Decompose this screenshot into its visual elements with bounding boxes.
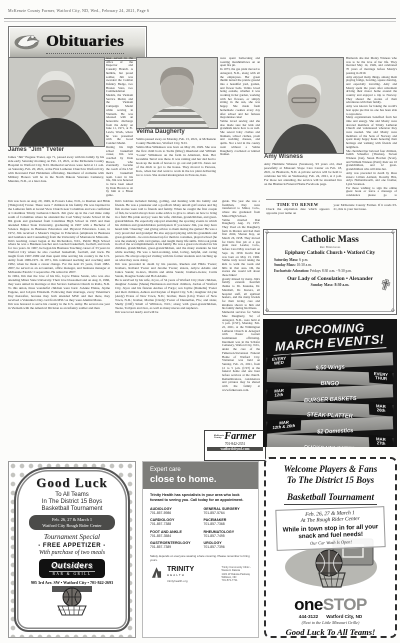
mass-line-label: Saturday Mass: <box>274 258 298 262</box>
mass-line: Eucharistic Adoration: Fridays 8:30 a.m.… <box>274 269 390 273</box>
outsiders-brand-sub: BAR & GRILL <box>49 571 95 577</box>
renewal-text-col2: your McKenzie County Farmer. If it reads… <box>334 203 398 211</box>
onestop-headline-2: To The District 15 Boys <box>270 475 391 486</box>
mass-line-label: Sunday Mass: <box>311 283 334 287</box>
event-row: DUCKS UNLIMITED Gun Raffle MAR 27th <box>267 434 393 447</box>
outsiders-offer: - FREE APPETIZER - <box>21 543 123 549</box>
outsiders-line4: Basketball Tournament <box>21 506 123 512</box>
basketball-hoop-icon <box>21 586 123 621</box>
specialty-phone: 701-857-7389 <box>150 545 198 549</box>
renewal-text-col1: Check the expiration date which appears … <box>266 207 330 215</box>
march-events-ad: UPCOMING MARCH EVENTS! EVERY WED $.50 Wi… <box>263 319 397 447</box>
specialty-phone: 701-857-7388 <box>150 522 198 526</box>
obituaries-banner: Obituaries <box>8 26 147 61</box>
trinity-header-1: Expert care <box>150 467 251 473</box>
banner-title: Obituaries <box>46 33 124 50</box>
obit-james-col1: Jim was born on Aug. 29, 1949, in Powers… <box>8 200 110 456</box>
corner-ornament-icon: ✣ <box>391 230 395 236</box>
corner-ornament-icon: ✣ <box>265 308 269 314</box>
onestop-phone: 444-3122 <box>299 614 318 619</box>
mass-line-value: Fridays 8:30 a.m. - 9:30 p.m. <box>310 269 352 273</box>
specialty-phone: 701-857-5986 <box>150 511 198 515</box>
farmer-brand: Farmer <box>224 432 256 442</box>
specialty-phone: 701-857-3584 <box>150 534 198 538</box>
obit-amy-strip: Bismarck she met Monty Wisness who was t… <box>346 57 397 197</box>
header-rule <box>4 18 396 22</box>
obit-name-velma: Velma Daugherty <box>136 129 216 135</box>
catholic-mass-ad: ✣ ✣ ✣ ✣ ✟ Catholic Mass Rev. Brian Gross… <box>263 229 397 315</box>
mass-line: Sunday Mass: 10:30 a.m. <box>274 263 390 267</box>
event-tag: MAR 12th <box>267 386 292 401</box>
trinity-logo-icon <box>150 566 163 584</box>
outsiders-brand: Outsiders <box>39 561 105 570</box>
banner-flourish <box>46 52 124 54</box>
onestop-wordmark-one: one <box>294 595 323 614</box>
mass-line-value: 10:30 a.m. <box>297 263 312 267</box>
obit-james-col2: Jim's hobbies included fishing, golfing,… <box>115 200 217 456</box>
onestop-pitch: While in town stop in for all your snack… <box>280 522 381 540</box>
outsiders-event-pill: Feb. 26, 27 & March 1 Watford City Rough… <box>29 515 115 530</box>
obit-photo-velma <box>136 57 218 129</box>
event-row: MAR 12th BURGER BASKETS $45 from 5PM-8PM <box>267 384 393 402</box>
onestop-headline-3: Basketball Tournament <box>284 492 377 505</box>
event-row: EVERY WED $.50 Wings $25 Buckets of Dome… <box>267 352 393 370</box>
newspaper-page: McKenzie County Farmer, Watford City, ND… <box>0 0 400 643</box>
obit-james-intro: James "Jim" Eugene Tveter, age 71, passe… <box>8 156 104 198</box>
specialty-phone: 701-857-7495 <box>204 534 252 538</box>
farmer-website: watfordcitynd.com <box>207 447 263 451</box>
obit-velma-intro: Velma passed away on Monday, Feb. 15, 20… <box>136 138 216 197</box>
mass-line-value: 6 p.m. <box>299 258 308 262</box>
obit-name-james: James "Jim" Tveter <box>8 147 104 153</box>
specialty-phone: 701-857-5764 <box>204 511 252 515</box>
onestop-goodluck: Good Luck To All Teams! <box>270 627 391 637</box>
event-tag: EVERY THUR <box>369 369 394 384</box>
farmer-brand-top: McKenzie County <box>214 435 223 440</box>
trinity-logo-text: TRINITY <box>167 566 194 573</box>
obit-velma-strip: were spent barbecuing and roasting marsh… <box>220 57 260 197</box>
outsiders-ad: Good Luck To All Teams In The District 1… <box>8 461 136 638</box>
trinity-ad: Expert care close to home. Trinity Healt… <box>142 461 259 638</box>
mass-line: Saturday Mass: 6 p.m. <box>274 258 390 262</box>
outsiders-line3: In The District 15 Boys <box>21 499 123 505</box>
mass-church-2: Our Lady of Consolation • Alexander <box>270 276 390 282</box>
outsiders-address: 905 3rd Ave. SW • Watford City • 701-842… <box>21 580 123 585</box>
corner-ornament-icon: ✣ <box>265 230 269 236</box>
obit-james-strip: later served in the office of the Inspec… <box>106 57 133 197</box>
onestop-headline-1: Welcome Players & Fans <box>270 464 391 475</box>
specialty-phone: 701-857-7396 <box>204 545 252 549</box>
event-row: BINGO Starts at 7pm EVERY THUR <box>267 369 393 386</box>
mass-ad-priest: Rev. Brian Gross <box>270 245 390 249</box>
trinity-covid-note: Safety depends on everyone wearing a fac… <box>150 555 251 562</box>
trinity-logo-subtext: HEALTH <box>167 573 194 577</box>
obit-name-amy: Amy Wisness <box>264 154 344 160</box>
event-tag: MAR 12th & 26th <box>267 418 302 434</box>
onestop-ad: Welcome Players & Fans To The District 1… <box>264 457 397 638</box>
mass-line-label: Sunday Mass: <box>274 263 296 267</box>
trinity-intro: Trinity Health has specialists in your a… <box>150 493 251 503</box>
event-tag: MAR 26th <box>369 402 394 417</box>
obit-velma-cont: guide. The year she was a freshman, they… <box>222 200 260 426</box>
obit-photo-james <box>8 57 105 147</box>
mass-church-2-time: Sunday Mass: 8:30 a.m. <box>270 283 390 287</box>
onestop-location-note: (Next to the Little Missouri Grille) <box>270 620 391 625</box>
event-tag: MAR 27th <box>369 434 394 447</box>
onestop-info-card: Feb. 26, 27 & March 1 At The Rough Rider… <box>275 506 385 551</box>
march-ad-title-2: MARCH EVENTS! <box>273 333 387 355</box>
dove-icon <box>13 30 43 57</box>
obit-photo-amy <box>264 57 344 154</box>
trinity-clinic-address: Trinity Community Clinic - Western Dakot… <box>222 566 251 582</box>
outsiders-goodluck: Good Luck <box>21 475 123 491</box>
outsiders-venue: Watford City Rough Rider Center <box>31 523 113 529</box>
onestop-wordmark-stop: STOP <box>323 595 367 614</box>
renewal-notice: TIME TO RENEW Check the expiration date … <box>266 199 397 229</box>
onestop-feature-box: Feb. 26, 27 & March 1 At The Rough Rider… <box>270 508 391 594</box>
mass-church-1: Epiphany Catholic Church • Watford City <box>270 251 390 256</box>
mass-line-label: Eucharistic Adoration: <box>274 269 309 273</box>
trinity-header-2: close to home. <box>150 474 251 485</box>
outsiders-line2: To All Teams <box>21 492 123 498</box>
event-row: STEAK PLATTER $25 from 5PM-8PM MAR 26th <box>267 401 393 418</box>
outsiders-logo: Outsiders BAR & GRILL <box>39 559 105 578</box>
trinity-website: trinityhealth.org <box>167 579 194 583</box>
farmer-contact-box: McKenzie County Farmer 701-842-2351 watf… <box>204 430 266 461</box>
obit-amy-intro: Amy Hamlette Wisness (Swanson), 93 years… <box>264 163 342 197</box>
mass-line-value: 8:30 a.m. <box>334 283 349 287</box>
page-header: McKenzie County Farmer, Watford City, ND… <box>8 8 149 13</box>
mass-ad-title: Catholic Mass <box>270 235 390 245</box>
outsiders-special: Tournament Special <box>21 533 123 541</box>
farmer-phone: 701-842-2351 <box>207 442 263 446</box>
onestop-wordmark: oneSTOP <box>270 596 391 613</box>
outsiders-condition: With purchase of two meals <box>21 550 123 556</box>
event-tag: EVERY WED <box>267 354 292 369</box>
event-title: DUCKS UNLIMITED <box>304 445 356 447</box>
event-row: MAR 12th & 26th $2 Domestics From 8PM to… <box>267 417 393 435</box>
specialty-phone: 701-857-7368 <box>204 522 252 526</box>
onestop-city: Watford City, ND <box>326 614 362 619</box>
corner-ornament-icon: ✣ <box>391 308 395 314</box>
